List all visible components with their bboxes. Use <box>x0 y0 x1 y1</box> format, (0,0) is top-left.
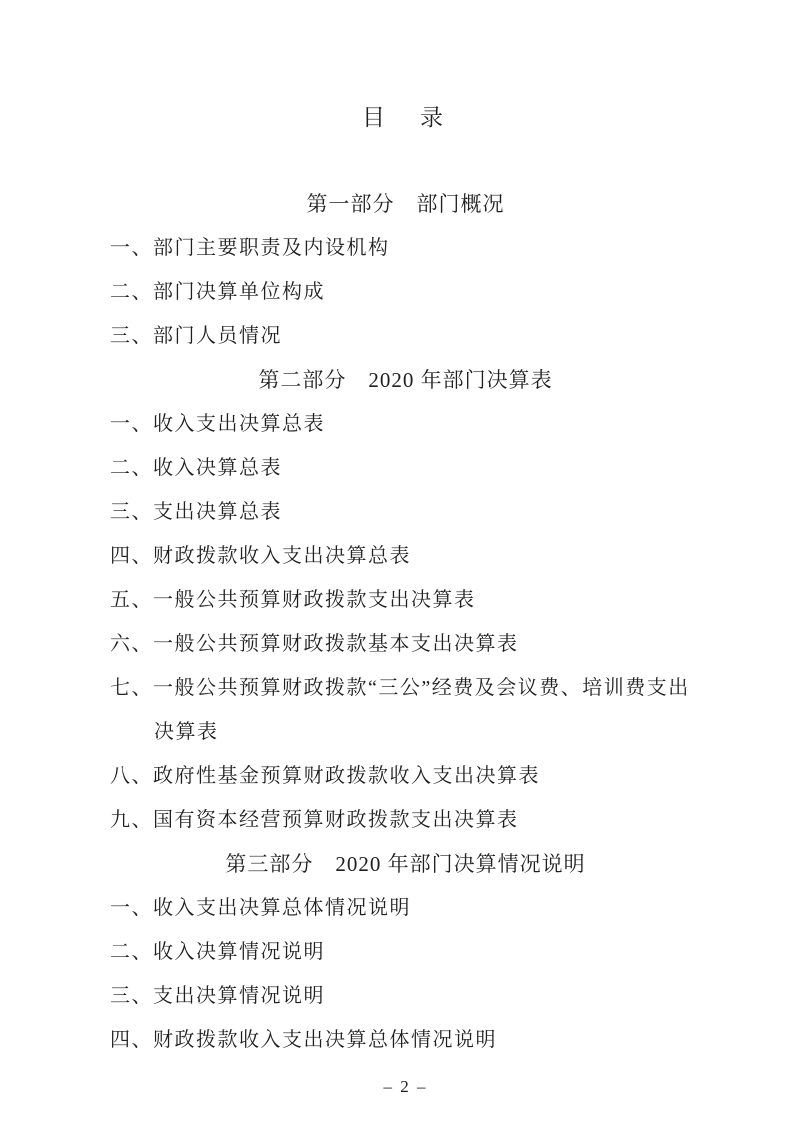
section-heading-3: 第三部分 2020 年部门决算情况说明 <box>110 842 701 886</box>
toc-item: 二、收入决算情况说明 <box>110 930 701 974</box>
toc-item: 三、支出决算总表 <box>110 490 701 534</box>
page-number: – 2 – <box>110 1076 701 1098</box>
toc-item: 一、收入支出决算总体情况说明 <box>110 886 701 930</box>
document-title: 目 录 <box>110 96 701 140</box>
toc-item: 六、一般公共预算财政拨款基本支出决算表 <box>110 622 701 666</box>
toc-item-continuation: 决算表 <box>110 710 701 754</box>
toc-item: 一、收入支出决算总表 <box>110 402 701 446</box>
toc-item: 一、部门主要职责及内设机构 <box>110 226 701 270</box>
toc-item: 二、部门决算单位构成 <box>110 270 701 314</box>
toc-item: 四、财政拨款收入支出决算总体情况说明 <box>110 1018 701 1062</box>
toc-item: 三、部门人员情况 <box>110 314 701 358</box>
document-page: 目 录 第一部分 部门概况一、部门主要职责及内设机构二、部门决算单位构成三、部门… <box>0 0 793 1122</box>
toc-item: 七、一般公共预算财政拨款“三公”经费及会议费、培训费支出 <box>110 666 701 710</box>
section-heading-1: 第一部分 部门概况 <box>110 182 701 226</box>
section-heading-2: 第二部分 2020 年部门决算表 <box>110 358 701 402</box>
toc-item: 四、财政拨款收入支出决算总表 <box>110 534 701 578</box>
toc-item: 三、支出决算情况说明 <box>110 974 701 1018</box>
toc-sections: 第一部分 部门概况一、部门主要职责及内设机构二、部门决算单位构成三、部门人员情况… <box>110 182 701 1062</box>
title-gap <box>110 140 701 182</box>
toc-item: 八、政府性基金预算财政拨款收入支出决算表 <box>110 754 701 798</box>
toc-item: 五、一般公共预算财政拨款支出决算表 <box>110 578 701 622</box>
toc-item: 九、国有资本经营预算财政拨款支出决算表 <box>110 798 701 842</box>
toc-item: 二、收入决算总表 <box>110 446 701 490</box>
